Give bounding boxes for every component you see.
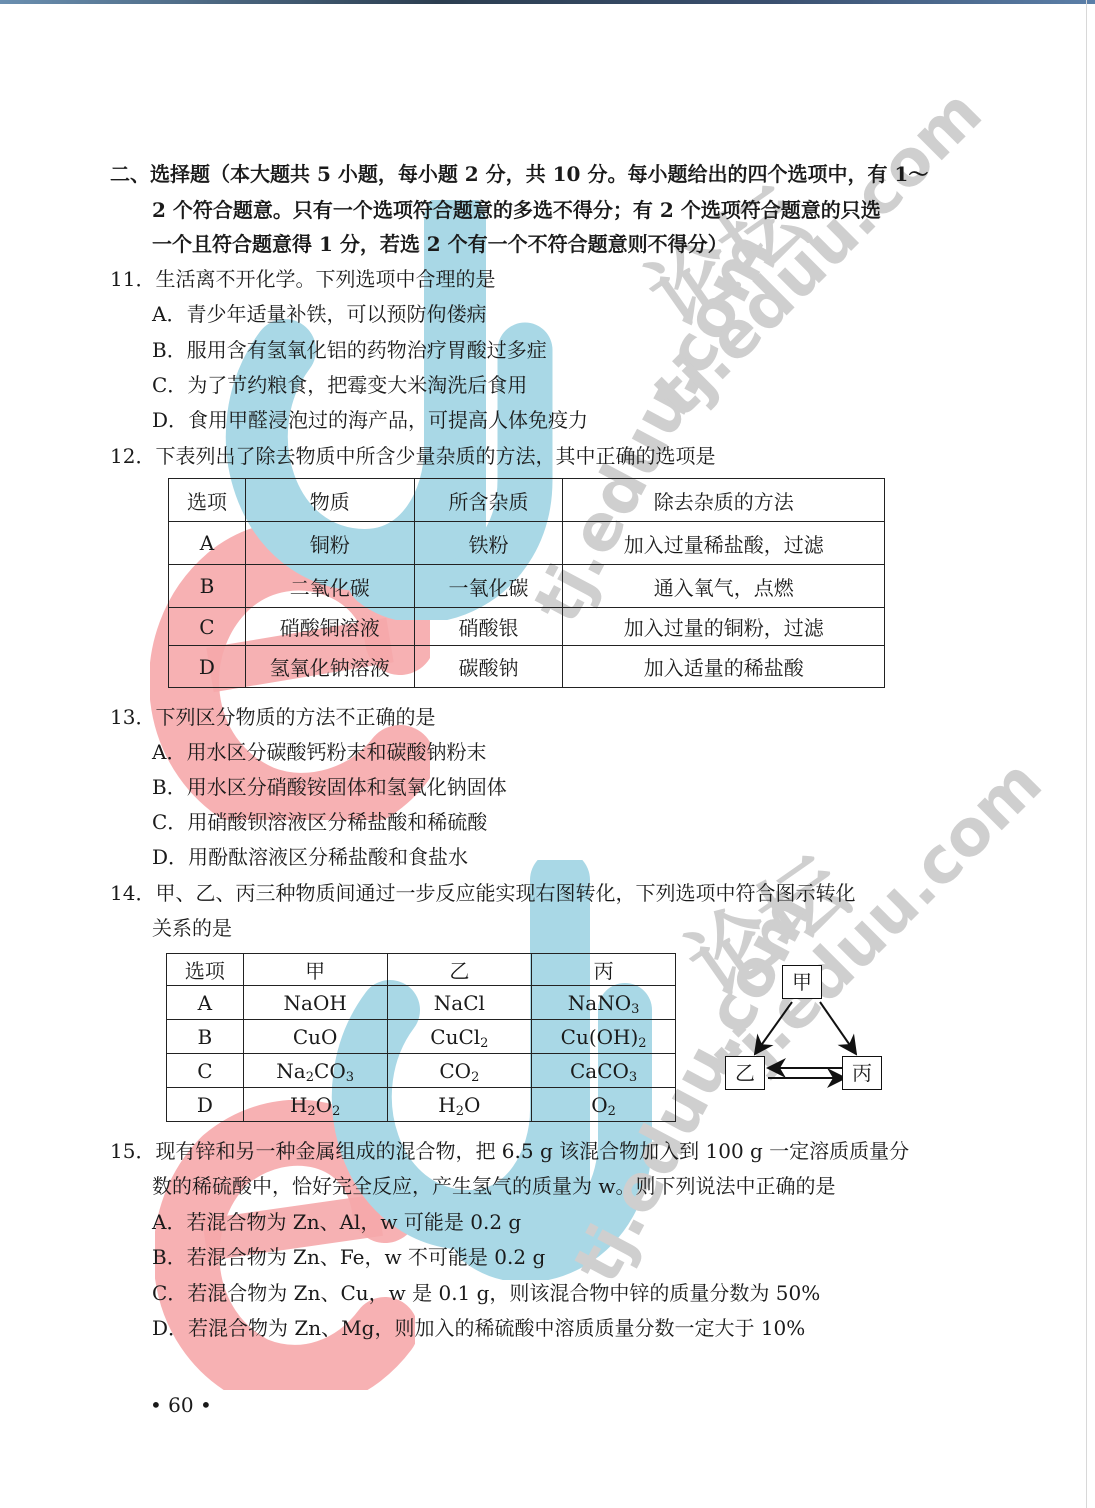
q12-table: 选项 物质 所含杂质 除去杂质的方法 A 铜粉 铁粉 加入过量稀盐酸，过滤 B … [168, 478, 885, 688]
option-label: A． [152, 302, 186, 326]
formula-cell: Na2CO3 [243, 1054, 387, 1088]
option-text: 服用含有氢氧化铝的药物治疗胃酸过多症 [187, 338, 547, 362]
formula-part: Na [276, 1059, 305, 1083]
formula-part: O [316, 1093, 332, 1117]
table-cell: 加入过量的铜粉，过滤 [563, 608, 885, 646]
formula-subscript: 2 [480, 1036, 488, 1051]
table-cell: B [167, 1020, 244, 1054]
q15-option-b: B．若混合物为 Zn、Fe，w 不可能是 0.2 g [152, 1243, 545, 1271]
formula-part: CaCO [570, 1059, 629, 1083]
q11-option-b: B．服用含有氢氧化铝的药物治疗胃酸过多症 [152, 336, 547, 364]
table-cell: 氢氧化钠溶液 [245, 646, 414, 688]
q13-option-b: B．用水区分硝酸铵固体和氢氧化钠固体 [152, 773, 507, 801]
option-label: A． [152, 1210, 186, 1234]
diagram-node-jia: 甲 [782, 965, 822, 999]
table-cell: 加入适量的稀盐酸 [563, 646, 885, 688]
formula-part: NaNO [568, 991, 631, 1015]
table-cell: 加入过量稀盐酸，过滤 [563, 522, 885, 565]
formula-part: CO [439, 1059, 471, 1083]
formula-cell: NaCl [387, 986, 532, 1020]
table-cell: A [169, 522, 246, 565]
formula-subscript: 2 [638, 1036, 646, 1051]
diagram-node-yi: 乙 [725, 1056, 765, 1090]
q11-option-d: D．食用甲醛浸泡过的海产品，可提高人体免疫力 [152, 406, 588, 434]
section-heading-line-1: 二、选择题（本大题共 5 小题，每小题 2 分，共 10 分。每小题给出的四个选… [110, 160, 928, 188]
formula-part: Cu(OH) [561, 1025, 639, 1049]
table-cell: 硝酸银 [414, 608, 563, 646]
formula-part: O [591, 1093, 607, 1117]
option-label: C． [152, 1281, 187, 1305]
q13-option-c: C．用硝酸钡溶液区分稀盐酸和稀硫酸 [152, 808, 487, 836]
table-cell: 碳酸钠 [414, 646, 563, 688]
table-cell: D [167, 1088, 244, 1122]
option-text: 用硝酸钡溶液区分稀盐酸和稀硫酸 [187, 810, 487, 834]
table-cell: 铁粉 [414, 522, 563, 565]
q13-option-a: A．用水区分碳酸钙粉末和碳酸钠粉末 [152, 738, 486, 766]
table-header-cell: 选项 [167, 954, 244, 986]
table-cell: A [167, 986, 244, 1020]
diagram-node-bing: 丙 [842, 1056, 882, 1090]
formula-cell: H2O2 [243, 1088, 387, 1122]
option-label: B． [152, 1245, 187, 1269]
table-header-cell: 丙 [532, 954, 676, 986]
table-cell: 铜粉 [245, 522, 414, 565]
option-text: 用水区分硝酸铵固体和氢氧化钠固体 [187, 775, 507, 799]
formula-part: CuCl [430, 1025, 480, 1049]
q15-option-a: A．若混合物为 Zn、Al，w 可能是 0.2 g [152, 1208, 521, 1236]
option-label: B． [152, 338, 187, 362]
q11-stem: 11．生活离不开化学。下列选项中合理的是 [110, 265, 495, 293]
q12-stem: 12．下表列出了除去物质中所含少量杂质的方法，其中正确的选项是 [110, 442, 715, 470]
option-text: 若混合物为 Zn、Cu，w 是 0.1 g，则该混合物中锌的质量分数为 50% [187, 1281, 820, 1305]
table-header-row: 选项 物质 所含杂质 除去杂质的方法 [169, 479, 885, 522]
question-text: 现有锌和另一种金属组成的混合物，把 6.5 g 该混合物加入到 100 g 一定… [155, 1139, 909, 1163]
section-heading-line-2: 2 个符合题意。只有一个选项符合题意的多选不得分；有 2 个选项符合题意的只选 [152, 196, 881, 224]
formula-subscript: 2 [306, 1070, 314, 1085]
table-row: A NaOH NaCl NaNO3 [167, 986, 676, 1020]
formula-cell: NaNO3 [532, 986, 676, 1020]
formula-cell: CO2 [387, 1054, 532, 1088]
formula-subscript: 2 [456, 1104, 464, 1119]
option-text: 为了节约粮食，把霉变大米淘洗后食用 [187, 373, 527, 397]
question-text: 生活离不开化学。下列选项中合理的是 [155, 267, 495, 291]
table-header-row: 选项 甲 乙 丙 [167, 954, 676, 986]
table-row: C 硝酸铜溶液 硝酸银 加入过量的铜粉，过滤 [169, 608, 885, 646]
table-header-cell: 选项 [169, 479, 246, 522]
q14-stem-line-2: 关系的是 [152, 914, 232, 942]
q13-option-d: D．用酚酞溶液区分稀盐酸和食盐水 [152, 843, 468, 871]
option-text: 用水区分碳酸钙粉末和碳酸钠粉末 [186, 740, 486, 764]
question-text: 下列区分物质的方法不正确的是 [155, 705, 435, 729]
table-header-cell: 物质 [245, 479, 414, 522]
table-header-cell: 乙 [387, 954, 532, 986]
formula-cell: CuCl2 [387, 1020, 532, 1054]
question-number: 11． [110, 267, 155, 291]
option-text: 青少年适量补铁，可以预防佝偻病 [186, 302, 486, 326]
formula-cell: CaCO3 [532, 1054, 676, 1088]
q11-option-c: C．为了节约粮食，把霉变大米淘洗后食用 [152, 371, 527, 399]
formula-subscript: 2 [608, 1104, 616, 1119]
q15-option-c: C．若混合物为 Zn、Cu，w 是 0.1 g，则该混合物中锌的质量分数为 50… [152, 1279, 820, 1307]
q14-table: 选项 甲 乙 丙 A NaOH NaCl NaNO3 B CuO CuCl2 C… [166, 953, 676, 1122]
table-header-cell: 所含杂质 [414, 479, 563, 522]
formula-part: H [438, 1093, 455, 1117]
formula-cell: Cu(OH)2 [532, 1020, 676, 1054]
question-number: 13． [110, 705, 155, 729]
question-text: 甲、乙、丙三种物质间通过一步反应能实现右图转化，下列选项中符合图示转化 [155, 881, 855, 905]
formula-cell: O2 [532, 1088, 676, 1122]
q13-stem: 13．下列区分物质的方法不正确的是 [110, 703, 435, 731]
formula-subscript: 2 [471, 1070, 479, 1085]
question-number: 12． [110, 444, 155, 468]
q11-option-a: A．青少年适量补铁，可以预防佝偻病 [152, 300, 486, 328]
q15-option-d: D．若混合物为 Zn、Mg，则加入的稀硫酸中溶质质量分数一定大于 10% [152, 1314, 805, 1342]
table-cell: 通入氧气，点燃 [563, 565, 885, 608]
page-number: • 60 • [150, 1393, 212, 1417]
formula-part: CO [314, 1059, 346, 1083]
formula-part: NaCl [434, 991, 485, 1015]
option-label: D． [152, 845, 188, 869]
formula-part: CuO [293, 1025, 338, 1049]
section-heading-line-3: 一个且符合题意得 1 分，若选 2 个有一个不符合题意则不得分） [152, 230, 728, 258]
formula-subscript: 3 [631, 1002, 639, 1017]
formula-cell: NaOH [243, 986, 387, 1020]
table-row: A 铜粉 铁粉 加入过量稀盐酸，过滤 [169, 522, 885, 565]
option-label: C． [152, 373, 187, 397]
formula-part: O [464, 1093, 480, 1117]
option-label: C． [152, 810, 187, 834]
table-header-cell: 除去杂质的方法 [563, 479, 885, 522]
formula-subscript: 2 [332, 1104, 340, 1119]
question-number: 14． [110, 881, 155, 905]
formula-subscript: 3 [346, 1070, 354, 1085]
option-label: D． [152, 408, 188, 432]
option-text: 若混合物为 Zn、Al，w 可能是 0.2 g [186, 1210, 521, 1234]
option-label: A． [152, 740, 186, 764]
formula-cell: CuO [243, 1020, 387, 1054]
table-row: C Na2CO3 CO2 CaCO3 [167, 1054, 676, 1088]
table-cell: D [169, 646, 246, 688]
formula-cell: H2O [387, 1088, 532, 1122]
question-text: 下表列出了除去物质中所含少量杂质的方法，其中正确的选项是 [155, 444, 715, 468]
option-label: B． [152, 775, 187, 799]
table-cell: 硝酸铜溶液 [245, 608, 414, 646]
q14-conversion-diagram: 甲 乙 丙 [720, 960, 890, 1095]
table-row: D 氢氧化钠溶液 碳酸钠 加入适量的稀盐酸 [169, 646, 885, 688]
q15-stem-line-1: 15．现有锌和另一种金属组成的混合物，把 6.5 g 该混合物加入到 100 g… [110, 1137, 909, 1165]
table-cell: C [167, 1054, 244, 1088]
table-row: B 二氧化碳 一氧化碳 通入氧气，点燃 [169, 565, 885, 608]
option-label: D． [152, 1316, 188, 1340]
table-row: B CuO CuCl2 Cu(OH)2 [167, 1020, 676, 1054]
formula-subscript: 3 [629, 1070, 637, 1085]
table-header-cell: 甲 [243, 954, 387, 986]
table-cell: 二氧化碳 [245, 565, 414, 608]
q15-stem-line-2: 数的稀硫酸中，恰好完全反应，产生氢气的质量为 w。则下列说法中正确的是 [152, 1172, 835, 1200]
q14-stem-line-1: 14．甲、乙、丙三种物质间通过一步反应能实现右图转化，下列选项中符合图示转化 [110, 879, 855, 907]
formula-subscript: 2 [307, 1104, 315, 1119]
option-text: 食用甲醛浸泡过的海产品，可提高人体免疫力 [188, 408, 588, 432]
table-cell: C [169, 608, 246, 646]
option-text: 用酚酞溶液区分稀盐酸和食盐水 [188, 845, 468, 869]
formula-part: NaOH [284, 991, 347, 1015]
question-number: 15． [110, 1139, 155, 1163]
exam-page: 二、选择题（本大题共 5 小题，每小题 2 分，共 10 分。每小题给出的四个选… [0, 0, 1095, 1508]
option-text: 若混合物为 Zn、Fe，w 不可能是 0.2 g [187, 1245, 546, 1269]
table-cell: 一氧化碳 [414, 565, 563, 608]
table-cell: B [169, 565, 246, 608]
table-row: D H2O2 H2O O2 [167, 1088, 676, 1122]
formula-part: H [290, 1093, 307, 1117]
option-text: 若混合物为 Zn、Mg，则加入的稀硫酸中溶质质量分数一定大于 10% [188, 1316, 805, 1340]
